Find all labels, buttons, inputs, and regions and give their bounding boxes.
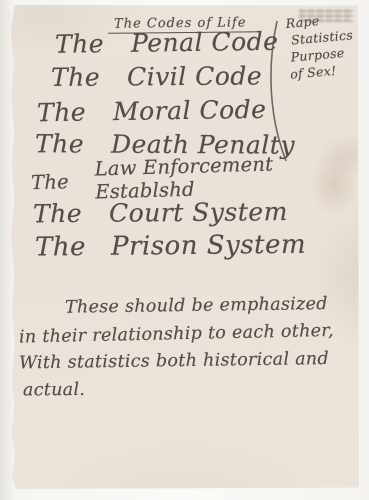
list-item-article: The: [35, 232, 111, 263]
paragraph-line: actual.: [19, 374, 355, 404]
list-item-text: Prison System: [111, 230, 306, 262]
list-item-article: The: [31, 169, 96, 194]
list-item-article: The: [35, 129, 111, 158]
list-item-article: The: [33, 198, 109, 228]
notebook-page: The Codes of Life The Penal Code The Civ…: [9, 5, 359, 489]
list-item-article: The: [55, 28, 131, 58]
body-paragraph: These should be emphasized in their rela…: [19, 293, 355, 403]
list-item-text: Penal Code: [131, 26, 279, 57]
margin-note: Rape Statistics Purpose of Sex!: [285, 8, 369, 83]
list-item-text: Court System: [109, 197, 288, 228]
list-item-article: The: [51, 62, 127, 92]
list-item-text: Moral Code: [113, 94, 267, 125]
list-item: The Moral Code: [9, 90, 359, 129]
list-item-article: The: [37, 97, 113, 127]
list-item: The Prison System: [9, 227, 359, 265]
photo-background: The Codes of Life The Penal Code The Civ…: [0, 0, 369, 500]
list-item-text: Civil Code: [127, 61, 262, 91]
list-item: The Court System: [9, 193, 359, 230]
paragraph-line: With statistics both historical and: [19, 346, 355, 378]
